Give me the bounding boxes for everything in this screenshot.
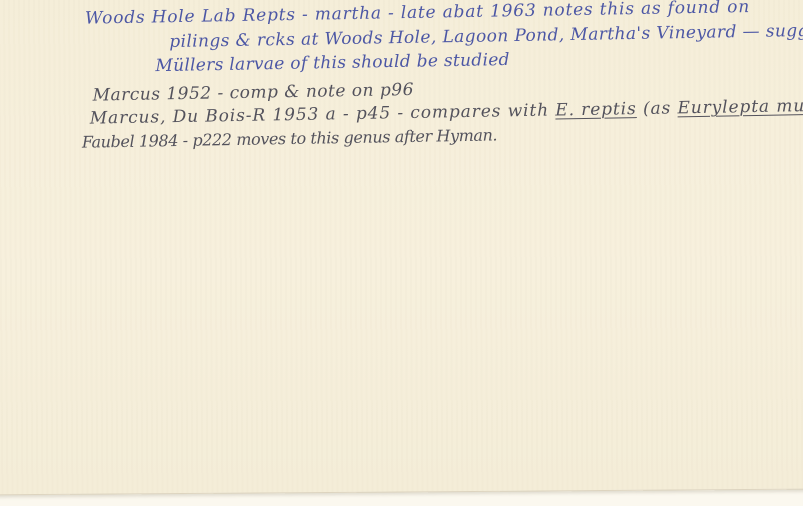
species-name-underlined-e-reptis: E. reptis <box>555 99 637 120</box>
handwritten-line-mullers-larvae: Müllers larvae of this should be studied <box>155 49 510 77</box>
line-segment: (as <box>637 98 678 119</box>
scanned-index-card-page: Woods Hole Lab Repts - martha - late aba… <box>0 0 803 506</box>
species-name-underlined-eurylepta-musculosa: Eurylepta musculosa <box>677 95 803 118</box>
handwritten-line-faubel-1984: Faubel 1984 - p222 moves to this genus a… <box>82 124 498 153</box>
index-card: Woods Hole Lab Repts - martha - late aba… <box>0 0 803 495</box>
